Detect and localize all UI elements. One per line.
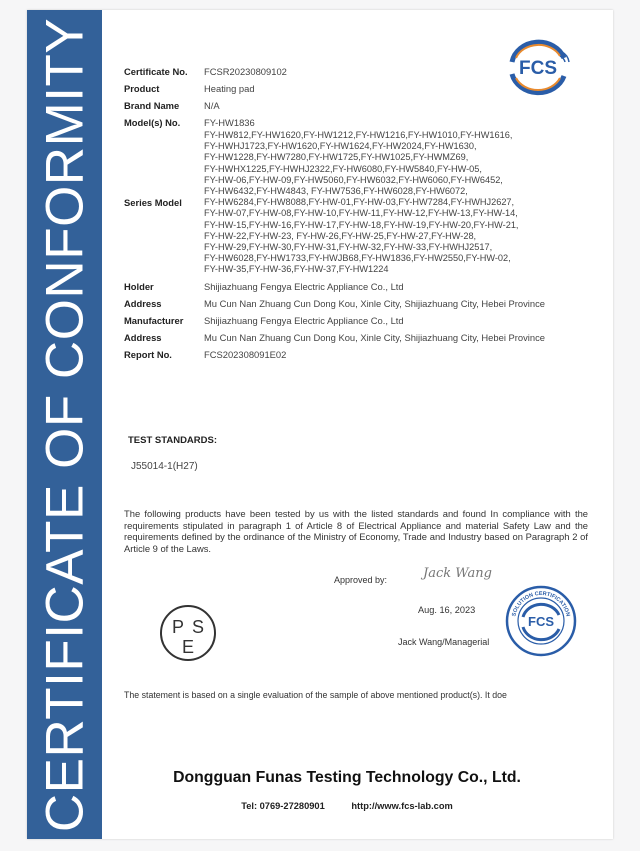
issuer-contact: Tel: 0769-27280901 http://www.fcs-lab.co… [132, 801, 562, 811]
field-model-no: Model(s) No. FY-HW1836 [124, 117, 589, 129]
issuer-website-link[interactable]: http://www.fcs-lab.com [351, 801, 452, 811]
svg-text:E: E [182, 637, 194, 657]
field-product: Product Heating pad [124, 83, 589, 95]
series-model-line: FY-HW-35,FY-HW-36,FY-HW-37,FY-HW1224 [204, 264, 589, 275]
certificate-title: CERTIFICATE OF CONFORMITY [34, 17, 95, 831]
field-report-no: Report No. FCS202308091E02 [124, 349, 589, 361]
field-brand-name: Brand Name N/A [124, 100, 589, 112]
series-model-line: FY-HW-15,FY-HW-16,FY-HW-17,FY-HW-18,FY-H… [204, 220, 589, 231]
evaluation-footnote: The statement is based on a single evalu… [124, 690, 589, 701]
field-series-model: Series Model FY-HW812,FY-HW1620,FY-HW121… [124, 130, 589, 276]
certificate-fields: Certificate No. FCSR20230809102 Product … [124, 66, 589, 366]
series-model-line: FY-HW6028,FY-HW1733,FY-HWJB68,FY-HW1836,… [204, 253, 589, 264]
field-holder-address: Address Mu Cun Nan Zhuang Cun Dong Kou, … [124, 298, 589, 310]
svg-text:P: P [172, 617, 184, 637]
series-model-line: FY-HW812,FY-HW1620,FY-HW1212,FY-HW1216,F… [204, 130, 589, 141]
series-model-line: FY-HWHX1225,FY-HWHJ2322,FY-HW6080,FY-HW5… [204, 164, 589, 175]
pse-mark-icon: P S E [158, 603, 218, 663]
test-standards-heading: TEST STANDARDS: [128, 435, 217, 446]
field-certificate-no: Certificate No. FCSR20230809102 [124, 66, 589, 78]
series-model-line: FY-HW1228,FY-HW7280,FY-HW1725,FY-HW1025,… [204, 152, 589, 163]
svg-text:S: S [192, 617, 204, 637]
signer-name: Jack Wang/Managerial [398, 637, 489, 647]
issuer-company: Dongguan Funas Testing Technology Co., L… [132, 769, 562, 787]
series-model-list: FY-HW812,FY-HW1620,FY-HW1212,FY-HW1216,F… [204, 130, 589, 276]
test-standards-value: J55014-1(H27) [131, 461, 198, 472]
approval-date: Aug. 16, 2023 [418, 605, 475, 615]
field-manufacturer-address: Address Mu Cun Nan Zhuang Cun Dong Kou, … [124, 332, 589, 344]
certification-seal-icon: FCS SOLUTION CERTIFICATION [505, 585, 577, 657]
series-model-line: FY-HW-22,FY-HW-23, FY-HW-26,FY-HW-25,FY-… [204, 231, 589, 242]
compliance-statement: The following products have been tested … [124, 508, 588, 554]
issuer-phone: Tel: 0769-27280901 [241, 801, 325, 811]
signature: Jack Wang [423, 566, 492, 581]
approved-by-label: Approved by: [334, 575, 387, 585]
field-manufacturer: Manufacturer Shijiazhuang Fengya Electri… [124, 315, 589, 327]
series-model-line: FY-HWHJ1723,FY-HW1620,FY-HW1624,FY-HW202… [204, 141, 589, 152]
svg-text:FCS: FCS [528, 614, 554, 629]
series-model-line: FY-HW6284,FY-HW8088,FY-HW-01,FY-HW-03,FY… [204, 197, 589, 208]
series-model-line: FY-HW-06,FY-HW-09,FY-HW5060,FY-HW6032,FY… [204, 175, 589, 186]
certificate-sidebar: CERTIFICATE OF CONFORMITY [27, 10, 102, 839]
series-model-line: FY-HW-07,FY-HW-08,FY-HW-10,FY-HW-11,FY-H… [204, 208, 589, 219]
field-holder: Holder Shijiazhuang Fengya Electric Appl… [124, 281, 589, 293]
series-model-line: FY-HW6432,FY-HW4843, FY-HW7536,FY-HW6028… [204, 186, 589, 197]
series-model-line: FY-HW-29,FY-HW-30,FY-HW-31,FY-HW-32,FY-H… [204, 242, 589, 253]
